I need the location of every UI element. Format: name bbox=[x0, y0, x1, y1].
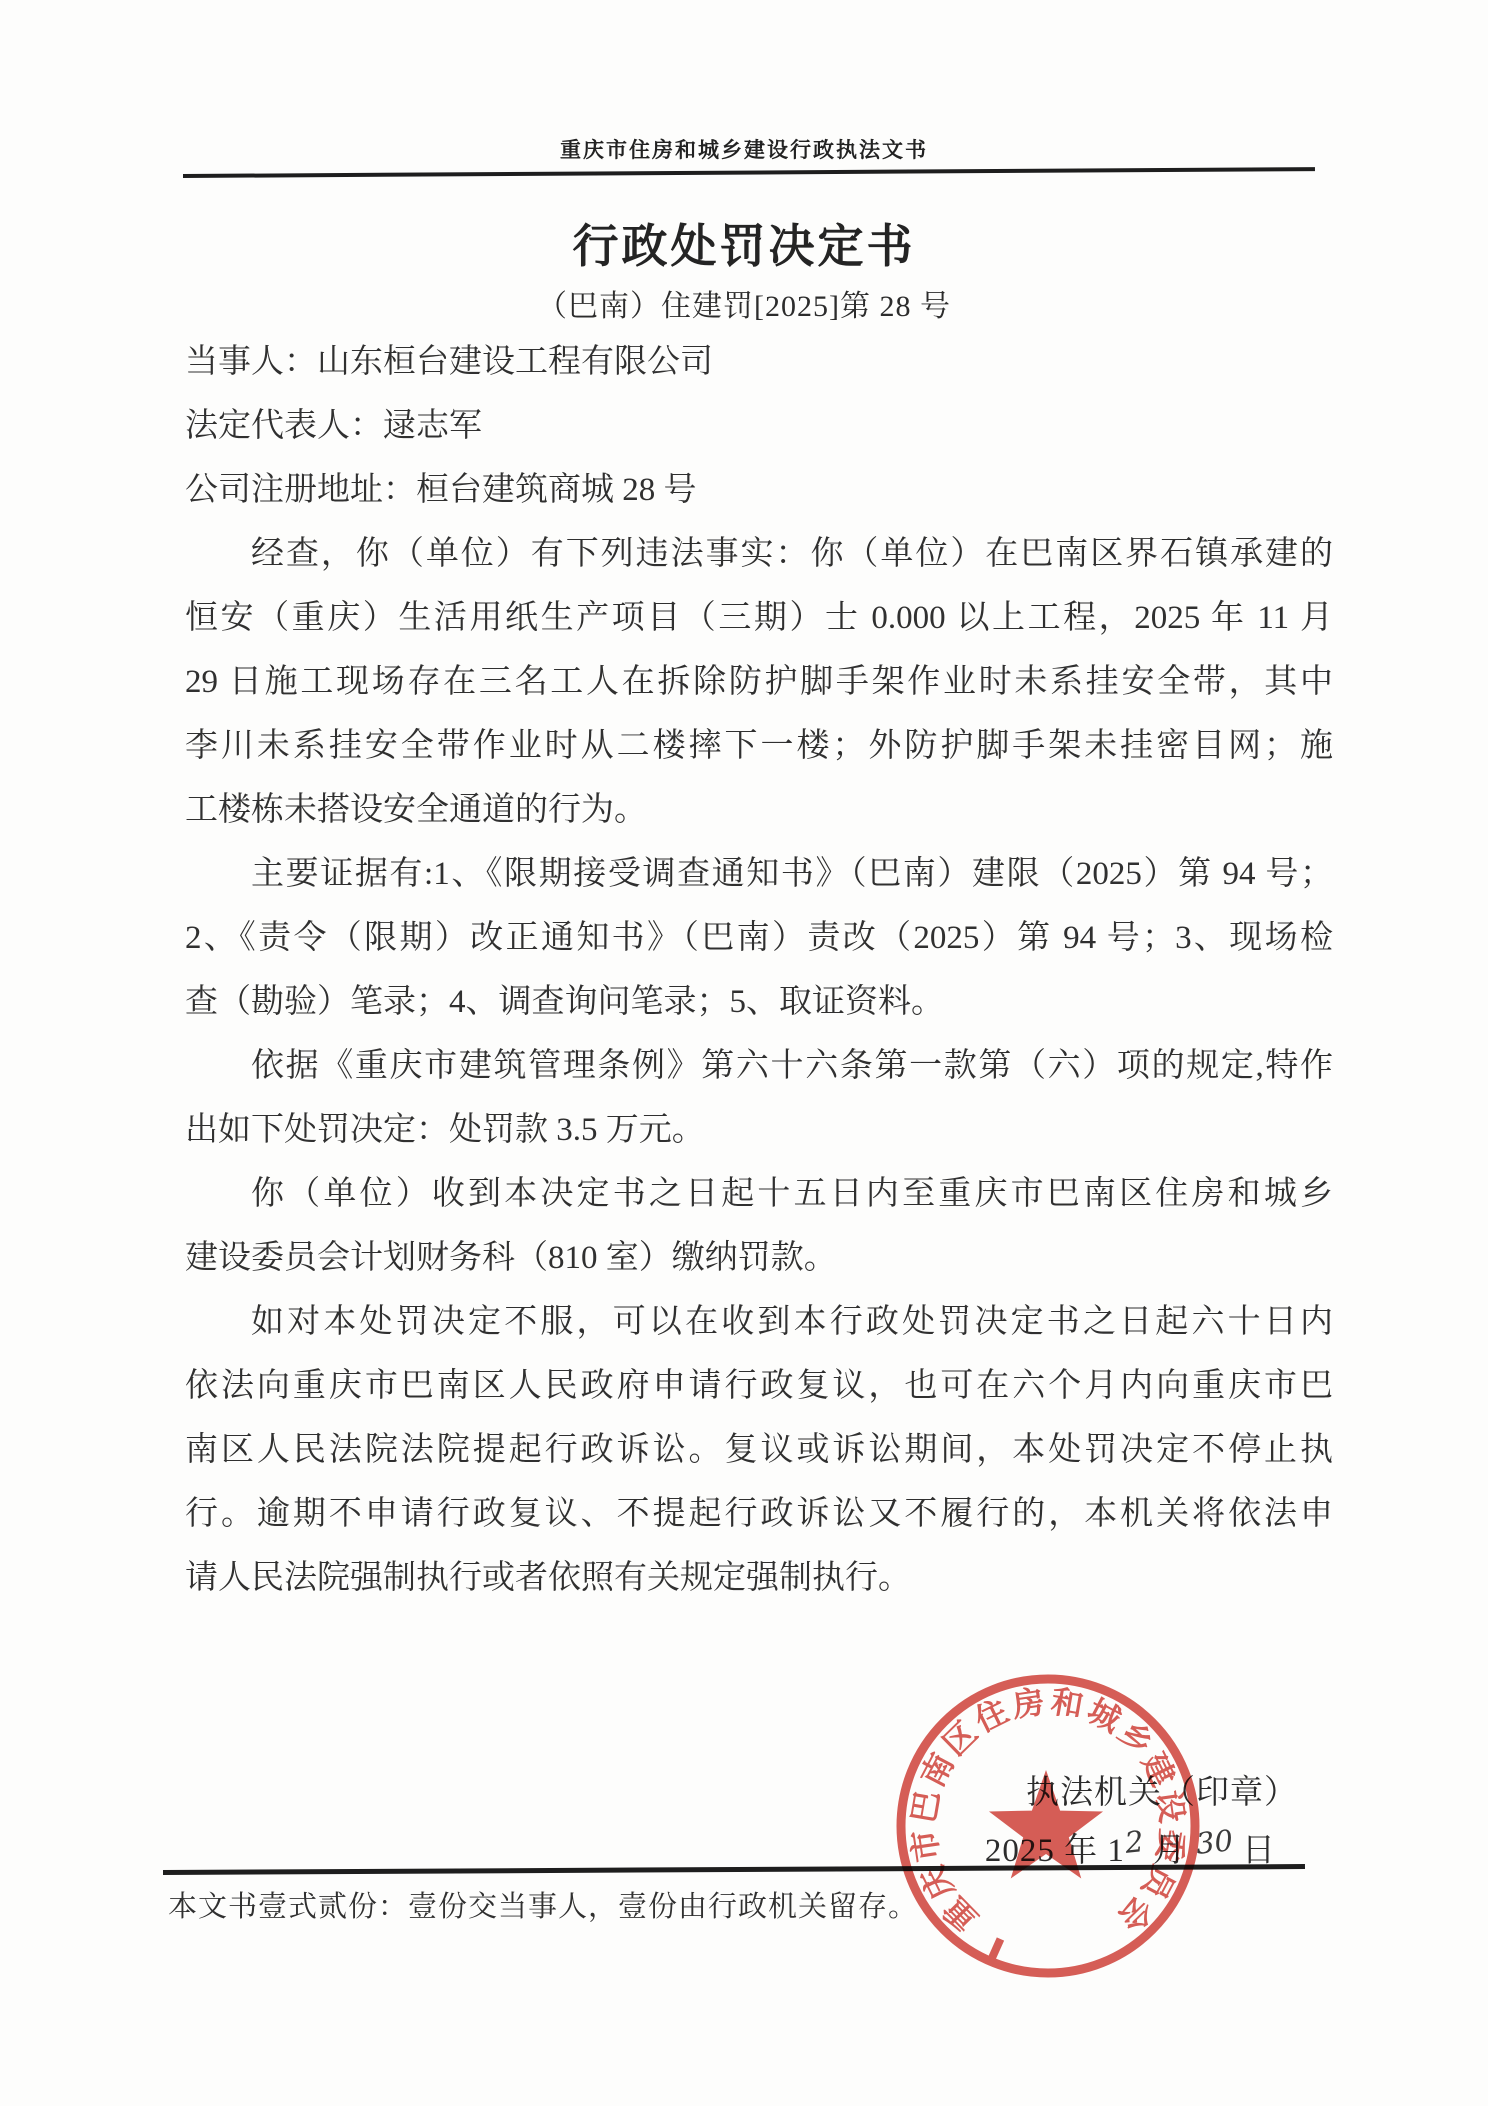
body-line: 经查，你（单位）有下列违法事实：你（单位）在巴南区界石镇承建的 bbox=[185, 522, 1333, 586]
official-seal-stamp: 重庆市巴南区住房和城乡建设委员会 bbox=[878, 1656, 1218, 1996]
body-line: 29 日施工现场存在三名工人在拆除防护脚手架作业时未系挂安全带，其中 bbox=[185, 650, 1333, 714]
body-line: 当事人：山东桓台建设工程有限公司 bbox=[185, 330, 1333, 394]
body-line: 行。逾期不申请行政复议、不提起行政诉讼又不履行的，本机关将依法申 bbox=[185, 1482, 1333, 1546]
body-line: 工楼栋未搭设安全通道的行为。 bbox=[185, 778, 1333, 842]
letterhead-text: 重庆市住房和城乡建设行政执法文书 bbox=[0, 134, 1488, 164]
footer-note: 本文书壹式贰份：壹份交当事人，壹份由行政机关留存。 bbox=[168, 1884, 918, 1925]
body-line: 李川未系挂安全带作业时从二楼摔下一楼；外防护脚手架未挂密目网；施 bbox=[185, 714, 1333, 778]
body-line: 主要证据有:1、《限期接受调查通知书》（巴南）建限（2025）第 94 号； bbox=[185, 842, 1333, 906]
body-line: 建设委员会计划财务科（810 室）缴纳罚款。 bbox=[185, 1226, 1333, 1290]
seal-bottom-mark bbox=[988, 1937, 1004, 1960]
header-rule bbox=[183, 167, 1315, 178]
body-lines: 当事人：山东桓台建设工程有限公司法定代表人：逯志军公司注册地址：桓台建筑商城 2… bbox=[185, 330, 1333, 1610]
body-line: 南区人民法院法院提起行政诉讼。复议或诉讼期间，本处罚决定不停止执 bbox=[185, 1418, 1333, 1482]
body-line: 请人民法院强制执行或者依照有关规定强制执行。 bbox=[185, 1546, 1333, 1610]
body-line: 如对本处罚决定不服，可以在收到本行政处罚决定书之日起六十日内 bbox=[185, 1290, 1333, 1354]
body-line: 2、《责令（限期）改正通知书》（巴南）责改（2025）第 94 号；3、现场检 bbox=[185, 906, 1333, 970]
body-line: 查（勘验）笔录；4、调查询问笔录；5、取证资料。 bbox=[185, 970, 1333, 1034]
body-line: 你（单位）收到本决定书之日起十五日内至重庆市巴南区住房和城乡 bbox=[185, 1162, 1333, 1226]
document-page: 重庆市住房和城乡建设行政执法文书 行政处罚决定书 （巴南）住建罚[2025]第 … bbox=[0, 0, 1488, 2106]
page-title: 行政处罚决定书 bbox=[0, 210, 1488, 276]
body-line: 依据《重庆市建筑管理条例》第六十六条第一款第（六）项的规定,特作 bbox=[185, 1034, 1333, 1098]
body-line: 恒安（重庆）生活用纸生产项目（三期）士 0.000 以上工程，2025 年 11… bbox=[185, 586, 1333, 650]
body-line: 公司注册地址：桓台建筑商城 28 号 bbox=[185, 458, 1333, 522]
document-number: （巴南）住建罚[2025]第 28 号 bbox=[0, 281, 1488, 325]
body-line: 出如下处罚决定：处罚款 3.5 万元。 bbox=[185, 1098, 1333, 1162]
body-line: 法定代表人：逯志军 bbox=[185, 394, 1333, 458]
body-line: 依法向重庆市巴南区人民政府申请行政复议，也可在六个月内向重庆市巴 bbox=[185, 1354, 1333, 1418]
seal-star-icon bbox=[989, 1770, 1103, 1879]
